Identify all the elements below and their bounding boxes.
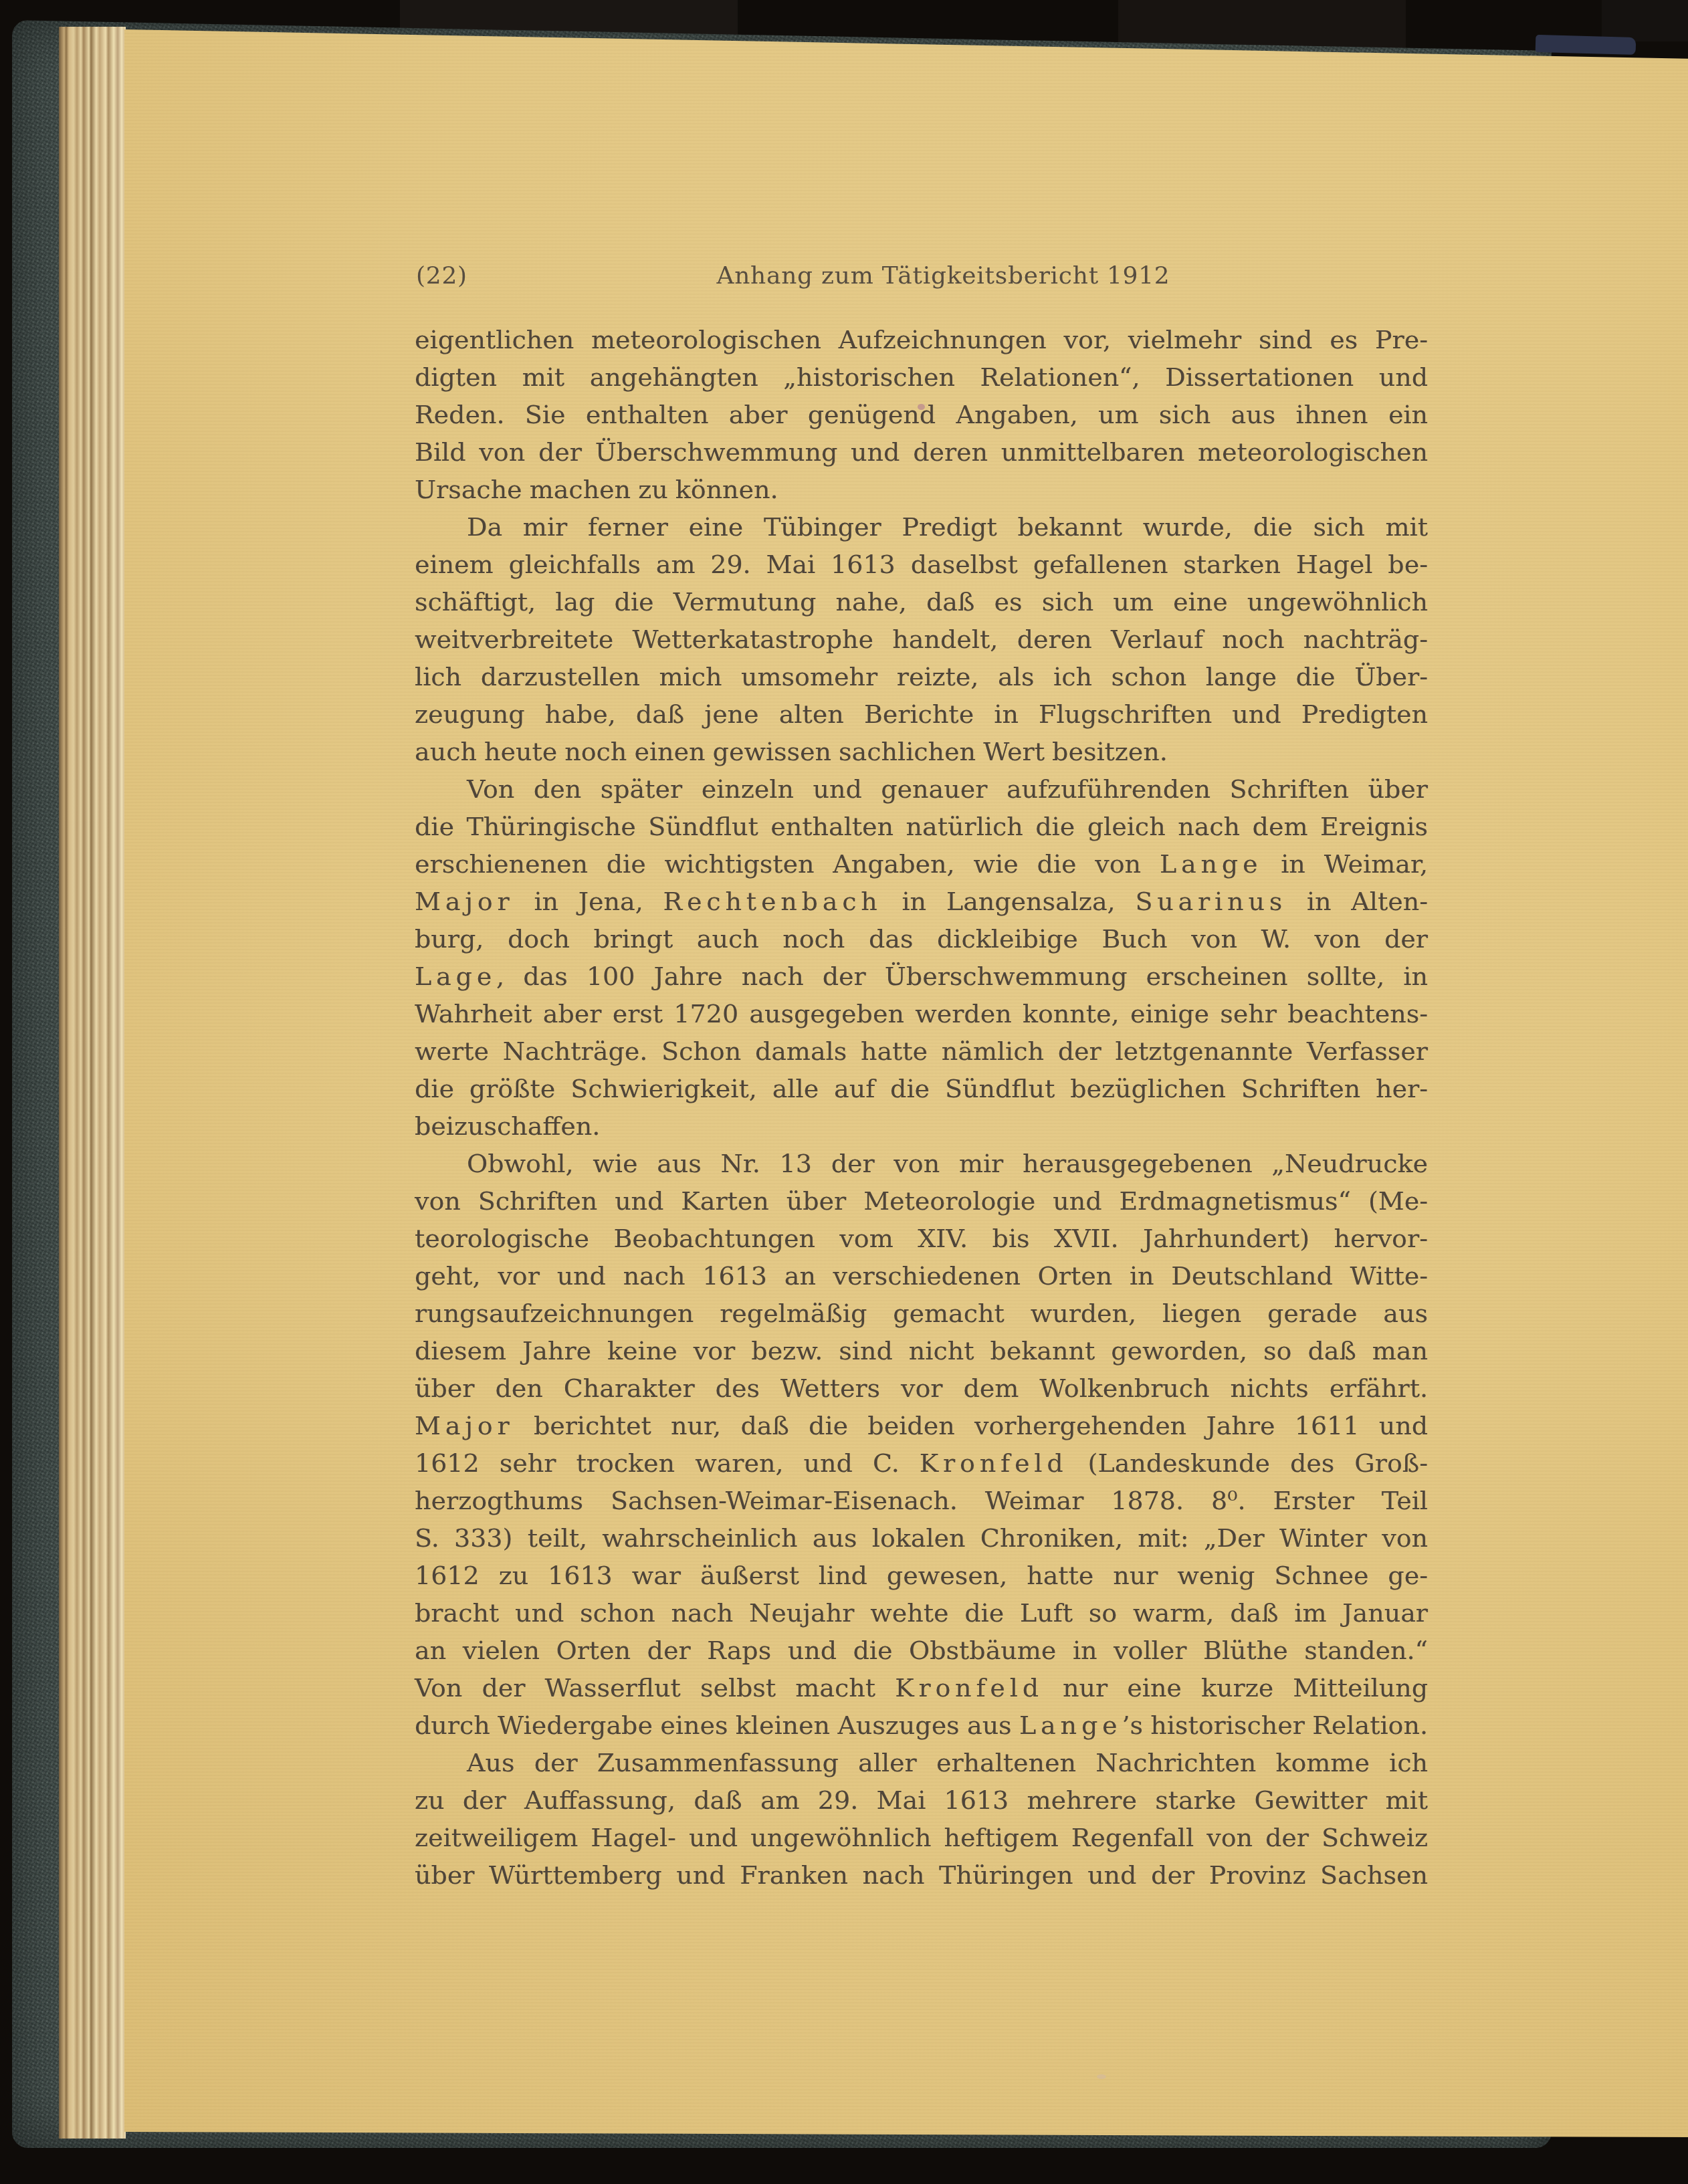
paragraph: Obwohl, wie aus Nr. 13 der von mir herau… <box>415 1145 1428 1744</box>
text-segment: durch Wiedergabe eines kleinen Auszuges … <box>415 1711 1019 1740</box>
text-segment: über Württemberg und Franken nach Thürin… <box>415 1860 1428 1890</box>
text-line: Ursache machen zu können. <box>415 471 1428 508</box>
text-line: Von den später einzeln und genauer aufzu… <box>415 770 1428 808</box>
text-line: eigentlichen meteorologischen Aufzeichnu… <box>415 321 1428 358</box>
text-block: eigentlichen meteorologischen Aufzeichnu… <box>415 321 1428 1894</box>
text-segment: 1612 sehr trocken waren, und C. <box>415 1448 920 1478</box>
text-segment: bracht und schon nach Neujahr wehte die … <box>415 1598 1428 1628</box>
text-segment: die größte Schwierigkeit, alle auf die S… <box>415 1074 1428 1103</box>
text-segment: beizuschaffen. <box>415 1111 600 1141</box>
text-segment: in Weimar, <box>1262 849 1428 879</box>
text-segment: Von den später einzeln und genauer aufzu… <box>467 774 1428 804</box>
text-line: an vielen Orten der Raps und die Obstbäu… <box>415 1632 1428 1669</box>
text-line: Bild von der Überschwemmung und deren un… <box>415 433 1428 471</box>
text-line: Reden. Sie enthalten aber genügend Angab… <box>415 396 1428 433</box>
text-line: über Württemberg und Franken nach Thürin… <box>415 1856 1428 1894</box>
text-segment: , das 100 Jahre nach der Überschwemmung … <box>496 962 1428 991</box>
text-segment: Bild von der Überschwemmung und deren un… <box>415 437 1428 467</box>
text-line: Obwohl, wie aus Nr. 13 der von mir herau… <box>415 1145 1428 1182</box>
text-segment: Von der Wasserflut selbst macht <box>415 1673 895 1703</box>
text-segment: einem gleichfalls am 29. Mai 1613 daselb… <box>415 550 1428 579</box>
text-segment: zeitweiligem Hagel- und ungewöhnlich hef… <box>415 1823 1428 1852</box>
paragraph: Da mir ferner eine Tübinger Predigt beka… <box>415 508 1428 770</box>
paragraph: eigentlichen meteorologischen Aufzeichnu… <box>415 321 1428 508</box>
text-line: erschienenen die wichtigsten Angaben, wi… <box>415 845 1428 883</box>
text-segment: teorologische Beobachtungen vom XIV. bis… <box>415 1224 1428 1253</box>
paper-speck <box>1097 2074 1106 2079</box>
text-segment: (Landeskunde des Groß- <box>1068 1448 1428 1478</box>
paragraph: Von den später einzeln und genauer aufzu… <box>415 770 1428 1145</box>
text-segment: Ursache machen zu können. <box>415 475 778 504</box>
text-line: über den Charakter des Wetters vor dem W… <box>415 1370 1428 1407</box>
text-segment: rungsaufzeichnungen regelmäßig gemacht w… <box>415 1299 1428 1328</box>
text-line: Da mir ferner eine Tübinger Predigt beka… <box>415 508 1428 546</box>
text-line: werte Nachträge. Schon damals hatte näml… <box>415 1032 1428 1070</box>
text-segment: werte Nachträge. Schon damals hatte näml… <box>415 1036 1428 1066</box>
text-line: rungsaufzeichnungen regelmäßig gemacht w… <box>415 1295 1428 1332</box>
background-shadow-block <box>1602 0 1688 41</box>
text-segment: burg, doch bringt auch noch das dickleib… <box>415 924 1428 954</box>
text-line: lich darzustellen mich umsomehr reizte, … <box>415 658 1428 695</box>
text-line: zeugung habe, daß jene alten Berichte in… <box>415 695 1428 733</box>
text-line: Lage, das 100 Jahre nach der Überschwemm… <box>415 958 1428 995</box>
text-segment: zeugung habe, daß jene alten Berichte in… <box>415 699 1428 729</box>
text-segment: weitverbreitete Wetterkatastrophe handel… <box>415 625 1428 654</box>
paragraph: Aus der Zusammenfassung aller erhaltenen… <box>415 1744 1428 1894</box>
text-line: herzogthums Sachsen-Weimar-Eisenach. Wei… <box>415 1482 1428 1519</box>
text-segment: Aus der Zusammenfassung aller erhaltenen… <box>467 1748 1428 1777</box>
text-line: die größte Schwierigkeit, alle auf die S… <box>415 1070 1428 1107</box>
text-line: auch heute noch einen gewissen sachliche… <box>415 733 1428 770</box>
text-line: S. 333) teilt, wahrscheinlich aus lokale… <box>415 1519 1428 1557</box>
scanner-background: { "header": { "page_number": "(22)", "ti… <box>0 0 1688 2184</box>
cover-frayed-edge <box>1536 35 1637 55</box>
letterspaced-name: Kronfeld <box>920 1448 1068 1478</box>
text-segment: ’s historischer Relation. <box>1122 1711 1428 1740</box>
text-line: die Thüringische Sündflut enthalten natü… <box>415 808 1428 845</box>
text-segment: S. 333) teilt, wahrscheinlich aus lokale… <box>415 1523 1428 1553</box>
page-fore-edges <box>59 27 126 2139</box>
letterspaced-name: Major <box>415 1411 514 1440</box>
text-segment: auch heute noch einen gewissen sachliche… <box>415 737 1168 766</box>
text-line: teorologische Beobachtungen vom XIV. bis… <box>415 1220 1428 1257</box>
text-segment: in Alten- <box>1287 887 1428 916</box>
text-segment: schäftigt, lag die Vermutung nahe, daß e… <box>415 587 1428 617</box>
text-line: geht, vor und nach 1613 an verschiedenen… <box>415 1257 1428 1295</box>
text-line: 1612 sehr trocken waren, und C. Kronfeld… <box>415 1444 1428 1482</box>
text-segment: geht, vor und nach 1613 an verschiedenen… <box>415 1261 1428 1291</box>
text-segment: in Langensalza, <box>882 887 1136 916</box>
text-segment: berichtet nur, daß die beiden vorhergehe… <box>514 1411 1428 1440</box>
text-segment: die Thüringische Sündflut enthalten natü… <box>415 812 1428 841</box>
letterspaced-name: Lage <box>415 962 496 991</box>
text-line: diesem Jahre keine vor bezw. sind nicht … <box>415 1332 1428 1370</box>
running-title: Anhang zum Tätigkeitsbericht 1912 <box>415 262 1428 290</box>
paper-speck <box>918 404 925 410</box>
text-line: von Schriften und Karten über Meteorolog… <box>415 1182 1428 1220</box>
text-segment: an vielen Orten der Raps und die Obstbäu… <box>415 1636 1428 1665</box>
letterspaced-name: Suarinus <box>1135 887 1287 916</box>
text-segment: lich darzustellen mich umsomehr reizte, … <box>415 662 1428 691</box>
text-line: Major in Jena, Rechtenbach in Langensalz… <box>415 883 1428 920</box>
text-segment: nur eine kurze Mitteilung <box>1043 1673 1428 1703</box>
text-segment: zu der Auffassung, daß am 29. Mai 1613 m… <box>415 1785 1428 1815</box>
text-segment: über den Charakter des Wetters vor dem W… <box>415 1374 1428 1403</box>
text-segment: diesem Jahre keine vor bezw. sind nicht … <box>415 1336 1428 1366</box>
text-line: Major berichtet nur, daß die beiden vorh… <box>415 1407 1428 1444</box>
letterspaced-name: Rechtenbach <box>663 887 882 916</box>
letterspaced-name: Major <box>415 887 514 916</box>
text-segment: in Jena, <box>514 887 663 916</box>
text-line: beizuschaffen. <box>415 1107 1428 1145</box>
text-line: Wahrheit aber erst 1720 ausgegeben werde… <box>415 995 1428 1032</box>
text-line: schäftigt, lag die Vermutung nahe, daß e… <box>415 583 1428 621</box>
text-line: 1612 zu 1613 war äußerst lind gewesen, h… <box>415 1557 1428 1594</box>
text-segment: herzogthums Sachsen-Weimar-Eisenach. Wei… <box>415 1486 1428 1515</box>
text-line: zeitweiligem Hagel- und ungewöhnlich hef… <box>415 1819 1428 1856</box>
text-line: Von der Wasserflut selbst macht Kronfeld… <box>415 1669 1428 1707</box>
text-segment: Da mir ferner eine Tübinger Predigt beka… <box>467 512 1428 542</box>
text-segment: erschienenen die wichtigsten Angaben, wi… <box>415 849 1160 879</box>
letterspaced-name: Kronfeld <box>895 1673 1043 1703</box>
text-line: weitverbreitete Wetterkatastrophe handel… <box>415 621 1428 658</box>
text-segment: 1612 zu 1613 war äußerst lind gewesen, h… <box>415 1561 1428 1590</box>
text-line: digten mit angehängten „historischen Rel… <box>415 358 1428 396</box>
text-segment: Wahrheit aber erst 1720 ausgegeben werde… <box>415 999 1428 1028</box>
text-segment: Obwohl, wie aus Nr. 13 der von mir herau… <box>467 1149 1428 1178</box>
book-page: (22) Anhang zum Tätigkeitsbericht 1912 e… <box>124 29 1688 2137</box>
text-line: bracht und schon nach Neujahr wehte die … <box>415 1594 1428 1632</box>
text-line: Aus der Zusammenfassung aller erhaltenen… <box>415 1744 1428 1781</box>
page-number: (22) <box>416 262 467 290</box>
text-line: zu der Auffassung, daß am 29. Mai 1613 m… <box>415 1781 1428 1819</box>
text-segment: von Schriften und Karten über Meteorolog… <box>415 1186 1428 1216</box>
letterspaced-name: Lange <box>1160 849 1262 879</box>
page-header: (22) Anhang zum Tätigkeitsbericht 1912 <box>415 262 1428 294</box>
text-line: burg, doch bringt auch noch das dickleib… <box>415 920 1428 958</box>
letterspaced-name: Lange <box>1019 1711 1122 1740</box>
text-line: durch Wiedergabe eines kleinen Auszuges … <box>415 1707 1428 1744</box>
text-segment: eigentlichen meteorologischen Aufzeichnu… <box>415 325 1428 354</box>
text-line: einem gleichfalls am 29. Mai 1613 daselb… <box>415 546 1428 583</box>
text-segment: digten mit angehängten „historischen Rel… <box>415 362 1428 392</box>
